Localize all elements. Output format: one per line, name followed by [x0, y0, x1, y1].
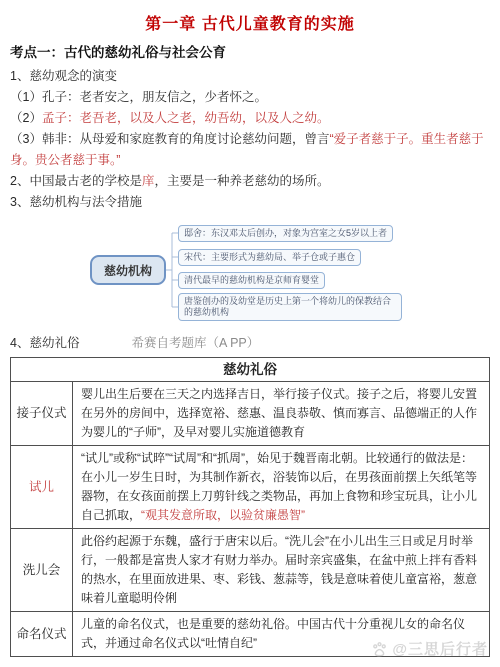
- notes-block: 1、慈幼观念的演变 （1）孔子：老者安之，朋友信之，少者怀之。 （2）孟子：老吾…: [10, 66, 490, 213]
- row-label-shier: 试儿: [11, 446, 73, 529]
- row-label-jiezi: 接子仪式: [11, 382, 73, 446]
- ciyou-customs-table: 慈幼礼俗 接子仪式 婴儿出生后要在三天之内选择吉日，举行接子仪式。接子之后，将婴…: [10, 357, 490, 657]
- diagram-branch-dishe: 邸舍：东汉邓太后创办，对象为宫室之女5岁以上者: [178, 225, 393, 242]
- note-item-1: 1、慈幼观念的演变: [10, 66, 490, 87]
- section-heading: 考点一：古代的慈幼礼俗与社会公育: [10, 44, 490, 61]
- document-page: 第一章 古代儿童教育的实施 考点一：古代的慈幼礼俗与社会公育 1、慈幼观念的演变…: [0, 0, 500, 667]
- note-line-hanfei: （3）韩非：从母爱和家庭教育的角度讨论慈幼问题，曾言“爱子者慈于子。重生者慈于身…: [10, 129, 490, 171]
- row-label-mingming: 命名仪式: [11, 612, 73, 657]
- xiang-keyword: 庠: [142, 174, 155, 188]
- mengzi-quote: 孟子：老吾老，以及人之老，幼吾幼，以及人之幼。: [42, 111, 330, 125]
- author-watermark-text: @三思后行者: [392, 638, 488, 659]
- row-text-shier: “试儿”或称“试晬”“试周”和“抓周”，始见于魏晋南北朝。比较通行的做法是：在小…: [73, 446, 490, 529]
- diagram-branch-songdai: 宋代：主要形式为慈幼局、举子仓或子惠仓: [178, 249, 361, 266]
- table-header-row: 慈幼礼俗: [11, 358, 490, 382]
- diagram-branch-qingdai: 清代最早的慈幼机构是京师育婴堂: [178, 272, 325, 289]
- note-item-4-line: 4、慈幼礼俗 希赛自考题库（A PP）: [10, 334, 490, 352]
- note-item-3: 3、慈幼机构与法令措施: [10, 192, 490, 213]
- author-watermark: @三思后行者: [371, 638, 488, 659]
- table-title: 慈幼礼俗: [11, 358, 490, 382]
- table-row: 接子仪式 婴儿出生后要在三天之内选择吉日，举行接子仪式。接子之后，将婴儿安置在另…: [11, 382, 490, 446]
- page-title: 第一章 古代儿童教育的实施: [0, 0, 500, 35]
- note-item-2: 2、中国最古老的学校是庠，主要是一种养老慈幼的场所。: [10, 171, 490, 192]
- table-row: 洗儿会 此俗约起源于东魏，盛行于唐宋以后。“洗儿会”在小儿出生三日或足月时举行，…: [11, 529, 490, 612]
- note-line-mengzi: （2）孟子：老吾老，以及人之老，幼吾幼，以及人之幼。: [10, 108, 490, 129]
- diagram-branch-tangjian: 唐鉴创办的及幼堂是历史上第一个将幼儿的保教结合的慈幼机构: [178, 293, 402, 321]
- row-text-xierhui: 此俗约起源于东魏，盛行于唐宋以后。“洗儿会”在小儿出生三日或足月时举行，一般都是…: [73, 529, 490, 612]
- xisai-watermark: 希赛自考题库（A PP）: [131, 334, 259, 352]
- diagram-root-node: 慈幼机构: [90, 255, 166, 285]
- shier-quote: “观其发意所取，以验贫廉愚智”: [141, 508, 305, 522]
- note-line-kongzi: （1）孔子：老者安之，朋友信之，少者怀之。: [10, 87, 490, 108]
- note-item-4: 4、慈幼礼俗: [10, 334, 79, 352]
- ciyou-institutions-diagram: 慈幼机构 邸舍：东汉邓太后创办，对象为宫室之女5岁以上者 宋代：主要形式为慈幼局…: [0, 221, 500, 325]
- paw-icon: [371, 640, 388, 657]
- row-text-jiezi: 婴儿出生后要在三天之内选择吉日，举行接子仪式。接子之后，将婴儿安置在另外的房间中…: [73, 382, 490, 446]
- row-label-xierhui: 洗儿会: [11, 529, 73, 612]
- table-row: 试儿 “试儿”或称“试晬”“试周”和“抓周”，始见于魏晋南北朝。比较通行的做法是…: [11, 446, 490, 529]
